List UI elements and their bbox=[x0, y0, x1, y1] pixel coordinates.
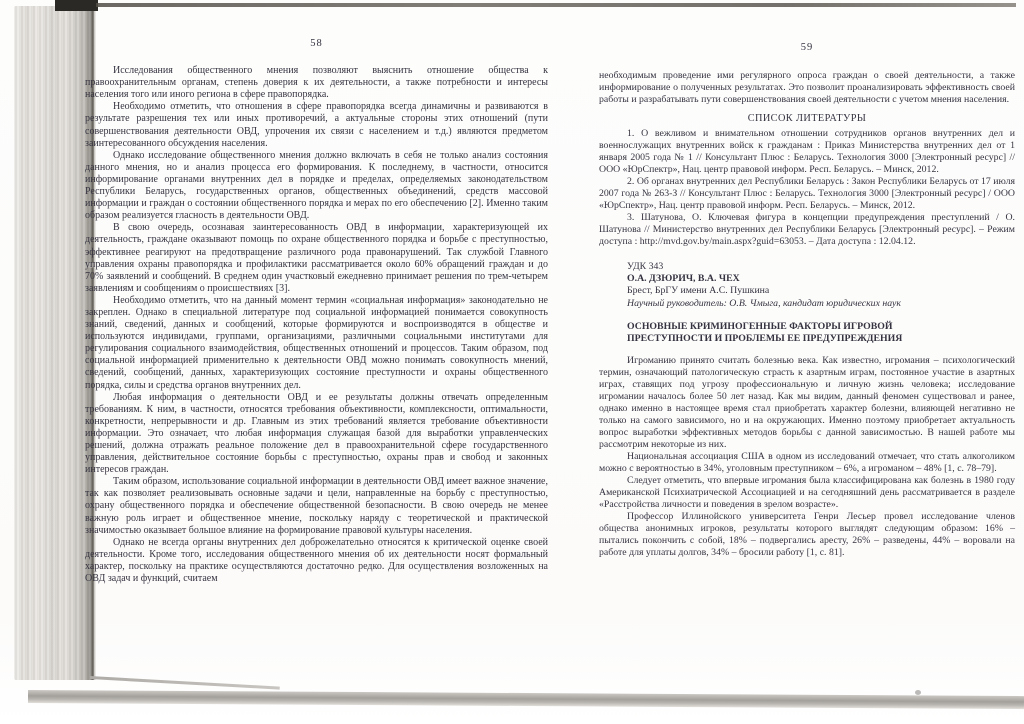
udc-code: УДК 343 bbox=[627, 261, 1015, 273]
page-corner-shadow bbox=[90, 676, 280, 690]
page-number-left: 58 bbox=[85, 38, 548, 50]
scan-artifact-top-line bbox=[96, 3, 1016, 7]
bibliography-heading: СПИСОК ЛИТЕРАТУРЫ bbox=[599, 113, 1015, 125]
article-affiliation: Брест, БрГУ имени А.С. Пушкина bbox=[627, 285, 1015, 297]
book-page-edges bbox=[14, 6, 96, 680]
reference-item: 1. О вежливом и внимательном отношении с… bbox=[599, 128, 1015, 176]
paragraph: Необходимо отметить, что отношения в сфе… bbox=[85, 101, 548, 149]
page-number-right: 59 bbox=[599, 42, 1015, 54]
article-authors: О.А. ДЗЮРИЧ, В.А. ЧЕХ bbox=[627, 273, 1015, 285]
paragraph: Следует отметить, что впервые игромания … bbox=[599, 475, 1015, 511]
paragraph: В свою очередь, осознавая заинтересованн… bbox=[85, 222, 548, 295]
scan-shadow-bottom bbox=[28, 690, 1024, 709]
paragraph: Национальная ассоциация США в одном из и… bbox=[599, 451, 1015, 475]
reference-item: 2. Об органах внутренних дел Республики … bbox=[599, 176, 1015, 212]
paragraph: Необходимо отметить, что на данный момен… bbox=[85, 295, 548, 392]
scan-smudge bbox=[915, 690, 921, 695]
article-header: УДК 343 О.А. ДЗЮРИЧ, В.А. ЧЕХ Брест, БрГ… bbox=[599, 261, 1015, 310]
paragraph: Таким образом, использование социальной … bbox=[85, 476, 548, 536]
article-advisor: Научный руководитель: О.В. Чмыга, кандид… bbox=[627, 298, 1015, 310]
paragraph: Однако исследование общественного мнения… bbox=[85, 150, 548, 223]
paragraph: Исследования общественного мнения позвол… bbox=[85, 65, 548, 101]
paragraph: Профессор Иллинойского университета Генр… bbox=[599, 511, 1015, 559]
paragraph: Игроманию принято считать болезнью века.… bbox=[599, 355, 1015, 451]
right-page: 59 необходимым проведение ими регулярног… bbox=[599, 42, 1015, 559]
paragraph: Однако не всегда органы внутренних дел д… bbox=[85, 537, 548, 585]
article-title-text: ОСНОВНЫЕ КРИМИНОГЕННЫЕ ФАКТОРЫ ИГРОВОЙ П… bbox=[627, 321, 929, 346]
left-page: 58 Исследования общественного мнения поз… bbox=[85, 38, 548, 585]
continuation-paragraph: необходимым проведение ими регулярного о… bbox=[599, 70, 1015, 106]
scanned-book-spread: 58 Исследования общественного мнения поз… bbox=[0, 0, 1024, 724]
paragraph: Любая информация о деятельности ОВД и ее… bbox=[85, 392, 548, 477]
article-title: ОСНОВНЫЕ КРИМИНОГЕННЫЕ ФАКТОРЫ ИГРОВОЙ П… bbox=[599, 321, 1015, 346]
scan-artifact-top-dark bbox=[55, 0, 98, 11]
reference-item: 3. Шатунова, О. Ключевая фигура в концеп… bbox=[599, 212, 1015, 248]
